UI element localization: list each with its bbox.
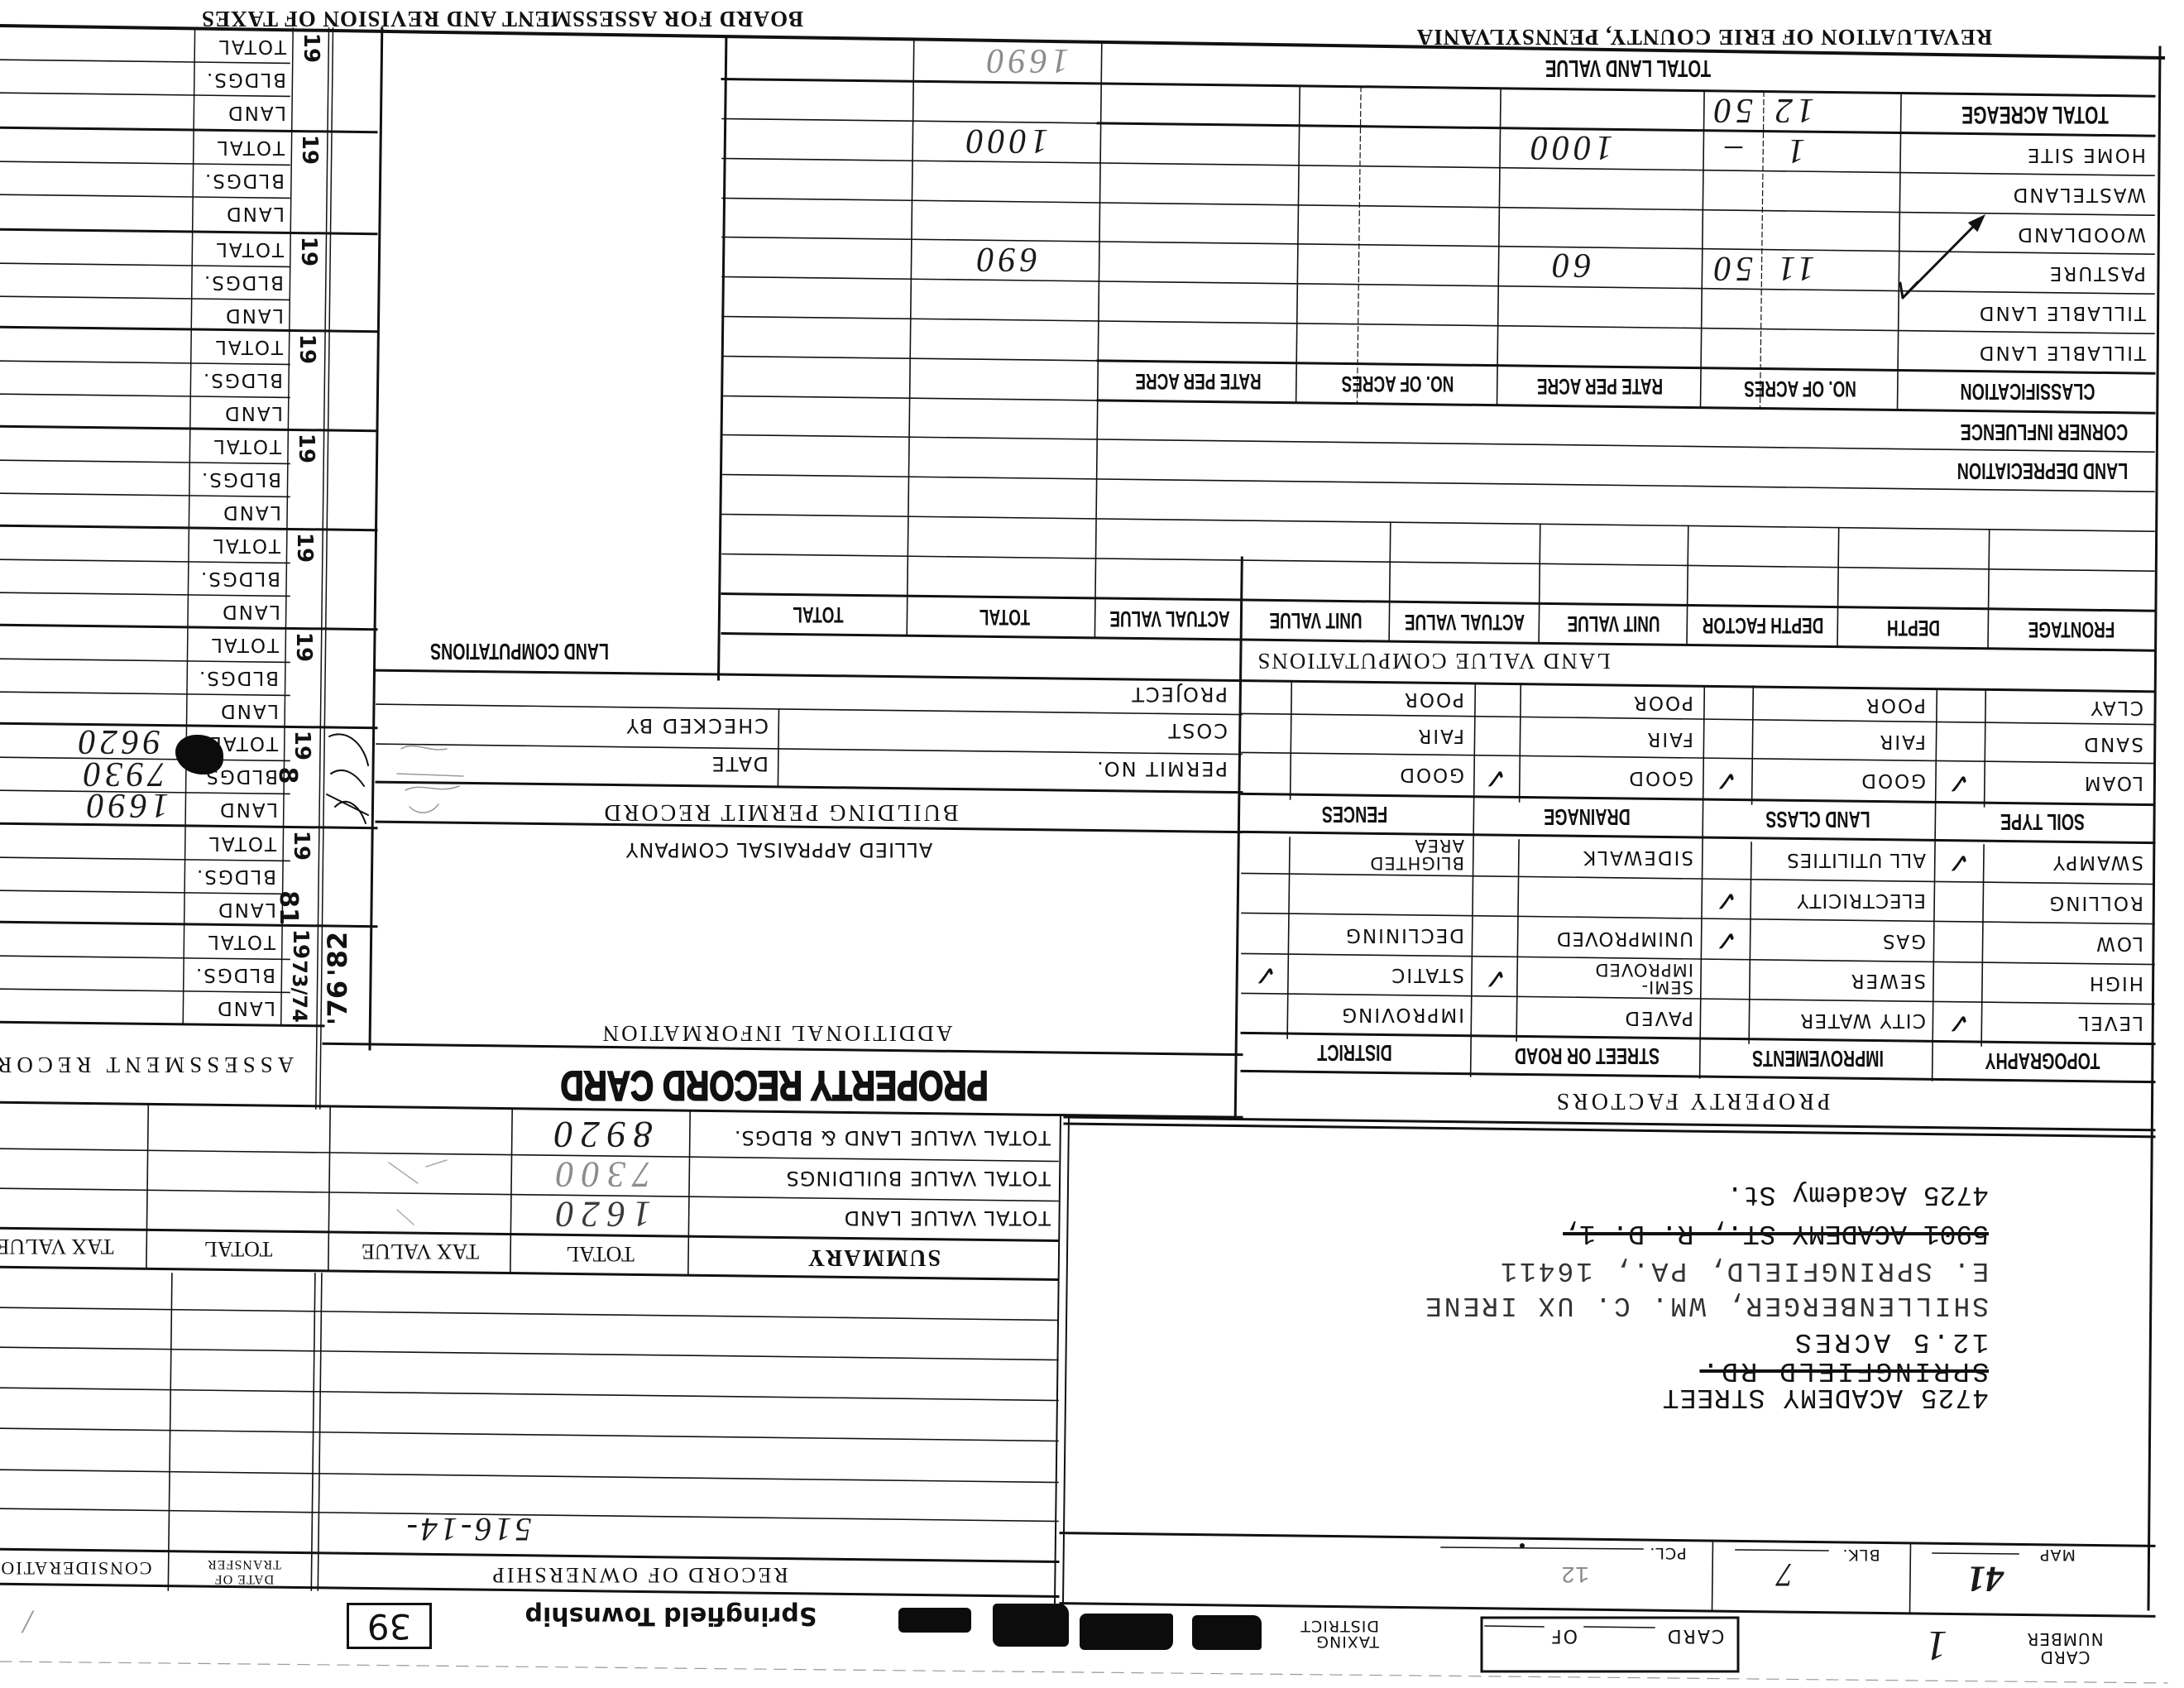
soil-sand: SAND bbox=[1986, 725, 2148, 762]
rate-per-acre: 1000 bbox=[1501, 129, 1638, 165]
bldgs-value bbox=[54, 364, 186, 396]
improvements-city-water-check bbox=[1702, 1000, 1751, 1040]
land-class-fair-check bbox=[1702, 722, 1751, 760]
classification-label: WOODLAND bbox=[1903, 215, 2151, 253]
land-value bbox=[54, 894, 186, 925]
row-label-land: LAND bbox=[193, 397, 288, 429]
bldgs-value bbox=[54, 64, 186, 95]
district-improving-check bbox=[1242, 995, 1289, 1034]
header-acres-1: NO. OF ACRES bbox=[1731, 369, 1868, 409]
land-value: 1690 bbox=[60, 789, 192, 821]
improvements-gas-check: ✓ bbox=[1702, 920, 1751, 961]
additional-information-title: ADDITIONAL INFORMATION bbox=[601, 1021, 952, 1046]
summary-total-buildings: 7300 bbox=[517, 1155, 682, 1193]
total-value bbox=[54, 827, 186, 859]
fences-poor: POOR bbox=[1292, 683, 1469, 715]
year-prefix: 19 bbox=[290, 731, 314, 760]
land-value bbox=[54, 198, 186, 229]
district-static-check: ✓ bbox=[1242, 955, 1289, 995]
street-sidewalk-check bbox=[1473, 837, 1518, 878]
row-label-bldgs: BLDGS. bbox=[191, 463, 286, 495]
summary-col-tax-value: TAX VALUE bbox=[0, 1228, 147, 1264]
summary-total-land-bldgs: 8920 bbox=[517, 1115, 682, 1153]
year-prefix: 19 bbox=[294, 434, 318, 463]
pcl-dot bbox=[1520, 1543, 1525, 1548]
acres-fraction: 50 bbox=[1703, 250, 1760, 286]
total-value bbox=[54, 31, 186, 61]
header-classification: CLASSIFICATION bbox=[1939, 372, 2116, 411]
street-blank-check bbox=[1473, 878, 1518, 918]
district-code-box: 39 bbox=[347, 1603, 432, 1649]
blk-number: 7 bbox=[1766, 1558, 1803, 1591]
revaluation-title: REVALUATION OF ERIE COUNTY, PENNSYLVANIA bbox=[1390, 23, 2019, 51]
row-label-total: TOTAL bbox=[194, 132, 290, 163]
land-value bbox=[54, 695, 186, 727]
land-class-poor: POOR bbox=[1754, 688, 1931, 721]
row-label-bldgs: BLDGS. bbox=[193, 364, 288, 396]
acres-fraction: – bbox=[1703, 132, 1760, 168]
total-land-value-label: TOTAL LAND VALUE bbox=[1561, 48, 1695, 88]
bldgs-value: 7930 bbox=[56, 758, 189, 789]
district-blank bbox=[1292, 875, 1469, 914]
project-label: PROJECT bbox=[827, 680, 1233, 708]
street-semi-improved-check: ✓ bbox=[1473, 958, 1518, 998]
summary-row-label: TOTAL VALUE LAND & BLDGS. bbox=[693, 1119, 1056, 1157]
permit-no-label: PERMIT NO. bbox=[827, 755, 1233, 783]
improvements-electricity: ELECTRICITY bbox=[1754, 880, 1931, 920]
header-unit-value: UNIT VALUE bbox=[1562, 604, 1665, 644]
street-blank bbox=[1521, 878, 1698, 918]
district-declining-check bbox=[1242, 914, 1289, 955]
land-value bbox=[54, 300, 186, 331]
topography-low: LOW bbox=[1986, 923, 2148, 963]
drainage-poor-check bbox=[1473, 686, 1518, 718]
card-of-of-label: OF bbox=[1544, 1624, 1583, 1646]
classification-label: PASTURE bbox=[1903, 254, 2151, 292]
land-class-header: LAND CLASS bbox=[1736, 801, 1899, 837]
map-number: 41 bbox=[1954, 1562, 2017, 1595]
checked-by-label: CHECKED BY bbox=[381, 712, 773, 740]
district-blighted-area-check bbox=[1242, 833, 1289, 875]
fences-good: GOOD bbox=[1292, 755, 1469, 794]
street-unimproved: UNIMPROVED bbox=[1521, 918, 1698, 958]
year-prefix: 19 bbox=[289, 831, 314, 861]
land-class-good-check: ✓ bbox=[1702, 761, 1751, 799]
row-label-land: LAND bbox=[185, 992, 280, 1024]
pcl-number: 12 bbox=[1554, 1559, 1597, 1585]
map-label: MAP bbox=[2028, 1546, 2086, 1564]
redacted-district-name bbox=[898, 1608, 971, 1633]
date-label: DATE bbox=[381, 750, 773, 778]
cost-label: COST bbox=[827, 717, 1233, 745]
street-unimproved-check bbox=[1473, 918, 1518, 958]
summary-col-tax-value: TAX VALUE bbox=[329, 1233, 511, 1269]
improvements-gas: GAS bbox=[1754, 920, 1931, 961]
land-value bbox=[54, 397, 186, 429]
bldgs-value bbox=[54, 266, 186, 298]
bldgs-value bbox=[54, 662, 186, 693]
land-computations-left-rule bbox=[370, 28, 382, 1049]
soil-sand-check bbox=[1934, 725, 1983, 762]
soil-type-header: SOIL TYPE bbox=[1966, 803, 2118, 840]
summary-col-total: TOTAL bbox=[511, 1235, 689, 1272]
improvements-all-utilities-check bbox=[1702, 839, 1751, 880]
row-label-total: TOTAL bbox=[193, 331, 288, 362]
total-value bbox=[54, 530, 186, 561]
year-prefix: 19 bbox=[299, 33, 323, 63]
land-value bbox=[54, 992, 186, 1024]
improvements-city-water: CITY WATER bbox=[1754, 1000, 1931, 1040]
row-label-total: TOTAL bbox=[196, 31, 291, 61]
year-stamp: 8 bbox=[274, 765, 300, 785]
year-prefix: 19 bbox=[296, 237, 321, 266]
year-stamp: 73/74 bbox=[287, 957, 312, 1026]
district-declining: DECLINING bbox=[1292, 914, 1469, 955]
street-or-road-header: STREET OR ROAD bbox=[1507, 1038, 1668, 1074]
land-value-computations-title: LAND VALUE COMPUTATIONS bbox=[1237, 648, 1630, 674]
acres-whole: 1 bbox=[1767, 132, 1822, 169]
building-permit-title: BUILDING PERMIT RECORD bbox=[598, 798, 962, 825]
drainage-good-check: ✓ bbox=[1473, 759, 1518, 797]
district-improving: IMPROVING bbox=[1292, 995, 1469, 1034]
drainage-fair-check bbox=[1473, 720, 1518, 757]
rate-per-acre: 60 bbox=[1501, 247, 1638, 282]
owner-name-line: SHILLENBERGER, WM. C. UX IRENE bbox=[1324, 1290, 1994, 1321]
improvements-sewer-check bbox=[1702, 961, 1751, 1000]
total-acreage-label: TOTAL ACREAGE bbox=[1966, 95, 2105, 133]
row-label-bldgs: BLDGS. bbox=[196, 64, 291, 95]
header-total: TOTAL bbox=[754, 595, 882, 635]
summary-total-land: 1620 bbox=[517, 1195, 682, 1233]
header-depth-factor: DEPTH FACTOR bbox=[1710, 606, 1815, 645]
improvements-sewer: SEWER bbox=[1754, 961, 1931, 1000]
card-number-label: CARD NUMBER bbox=[2012, 1628, 2118, 1668]
year-stamp: 81 bbox=[275, 889, 301, 927]
topography-rolling: ROLLING bbox=[1986, 883, 2148, 923]
header-acres-2: NO. OF ACRES bbox=[1328, 364, 1468, 404]
address-line: 4725 ACADEMY STREET bbox=[1324, 1383, 1994, 1412]
street-paved-check bbox=[1473, 998, 1518, 1038]
summary-row-label: TOTAL VALUE BUILDINGS bbox=[693, 1159, 1056, 1197]
bldgs-value bbox=[54, 463, 186, 495]
topography-rolling-check bbox=[1934, 883, 1983, 923]
property-factors-title: PROPERTY FACTORS bbox=[1555, 1086, 1828, 1115]
address-line: 12.5 ACRES bbox=[1324, 1326, 1994, 1358]
row-label-land: LAND bbox=[196, 97, 291, 128]
total-value bbox=[54, 926, 186, 957]
bottom-dotted-edge bbox=[0, 1662, 2167, 1683]
summary-pencil-marks bbox=[389, 1160, 447, 1225]
land-value bbox=[54, 97, 186, 128]
row-label-total: TOTAL bbox=[189, 629, 284, 660]
header-frontage: FRONTAGE bbox=[2014, 610, 2129, 650]
year-note-stamp: '76 bbox=[323, 983, 352, 1023]
land-class-good: GOOD bbox=[1754, 761, 1931, 799]
row-label-bldgs: BLDGS. bbox=[194, 266, 289, 298]
row-label-total: TOTAL bbox=[191, 430, 286, 462]
soil-loam: LOAM bbox=[1986, 764, 2148, 802]
row-label-land: LAND bbox=[194, 198, 290, 229]
summary-col-total: TOTAL bbox=[147, 1230, 329, 1267]
redacted-district-name bbox=[1192, 1615, 1262, 1650]
year-prefix: 19 bbox=[297, 135, 322, 165]
computed-value: 1000 bbox=[943, 122, 1067, 160]
card-title: PROPERTY RECORD CARD bbox=[605, 1066, 944, 1105]
total-land-value: 1690 bbox=[968, 41, 1084, 79]
header-rate-1: RATE PER ACRE bbox=[1530, 367, 1671, 406]
taxing-district-name: Springfield Township bbox=[500, 1600, 841, 1630]
street-semi-improved: SEMI- IMPROVED bbox=[1521, 958, 1698, 998]
row-label-bldgs: BLDGS. bbox=[186, 861, 281, 892]
improvements-header: IMPROVEMENTS bbox=[1736, 1040, 1899, 1077]
row-label-land: LAND bbox=[194, 300, 289, 331]
row-label-land: LAND bbox=[189, 695, 284, 727]
board-title: BOARD FOR ASSESSMENT AND REVISION OF TAX… bbox=[171, 5, 833, 33]
card-number-value: 1 bbox=[1911, 1622, 1962, 1668]
assessment-note-scribble bbox=[327, 734, 368, 823]
improvements-all-utilities: ALL UTILITIES bbox=[1754, 839, 1931, 880]
topography-high-check bbox=[1934, 963, 1983, 1003]
bldgs-value bbox=[54, 861, 186, 892]
header-actual-value: ACTUAL VALUE bbox=[1119, 599, 1220, 639]
topography-swampy: SWAMPY bbox=[1986, 842, 2148, 883]
card-of-card-label: CARD bbox=[1655, 1624, 1736, 1646]
land-value bbox=[54, 496, 186, 528]
improvements-electricity-check: ✓ bbox=[1702, 880, 1751, 920]
header-actual-value: ACTUAL VALUE bbox=[1412, 602, 1517, 642]
street-paved: PAVED bbox=[1521, 998, 1698, 1038]
fences-fair-check bbox=[1242, 717, 1289, 754]
fences-fair: FAIR bbox=[1292, 717, 1469, 754]
total-value: 9620 bbox=[51, 726, 184, 757]
address-line: 4725 Academy St. bbox=[1324, 1180, 1994, 1210]
computed-value: 690 bbox=[943, 240, 1067, 278]
row-label-total: TOTAL bbox=[194, 233, 289, 265]
topography-swampy-check: ✓ bbox=[1934, 842, 1983, 883]
total-value bbox=[54, 629, 186, 660]
drainage-header: DRAINAGE bbox=[1507, 798, 1668, 835]
topography-level: LEVEL bbox=[1986, 1003, 2148, 1043]
topography-high: HIGH bbox=[1986, 963, 2148, 1003]
year-prefix: 19 bbox=[295, 334, 319, 364]
drainage-fair: FAIR bbox=[1521, 720, 1698, 757]
address-left-double-rule bbox=[1055, 1115, 1069, 1609]
classification-label: HOME SITE bbox=[1903, 136, 2151, 174]
row-label-land: LAND bbox=[186, 894, 281, 925]
soil-clay-check bbox=[1934, 691, 1983, 723]
row-label-land: LAND bbox=[190, 596, 285, 627]
land-table-left-border bbox=[719, 36, 726, 679]
corner-pencil-mark: / bbox=[12, 1604, 44, 1640]
row-label-total: TOTAL bbox=[186, 827, 281, 859]
row-label-bldgs: BLDGS. bbox=[189, 662, 284, 693]
topography-level-check: ✓ bbox=[1934, 1003, 1983, 1043]
bldgs-value bbox=[54, 563, 186, 594]
ownership-entry: 516-14- bbox=[372, 1512, 563, 1547]
row-label-total: TOTAL bbox=[185, 926, 280, 957]
appraiser-name: ALLIED APPRAISAL COMPANY bbox=[598, 838, 960, 861]
header-unit-value: UNIT VALUE bbox=[1264, 601, 1367, 640]
total-value bbox=[54, 331, 186, 362]
total-acreage-fraction: 50 bbox=[1704, 92, 1759, 128]
drainage-poor: POOR bbox=[1521, 686, 1698, 718]
street-sidewalk: SIDEWALK bbox=[1521, 837, 1698, 878]
row-label-bldgs: BLDGS. bbox=[194, 165, 290, 196]
address-line: E. SPRINGFIELD, PA., 16411 bbox=[1324, 1254, 1994, 1288]
land-value bbox=[54, 596, 186, 627]
bldgs-value bbox=[54, 959, 186, 990]
blk-label: BLK. bbox=[1830, 1546, 1892, 1564]
district-blank-check bbox=[1242, 875, 1289, 914]
taxing-district-label: TAXING DISTRICT bbox=[1274, 1614, 1382, 1653]
land-computations-title: LAND COMPUTATIONS bbox=[443, 639, 595, 664]
soil-clay: CLAY bbox=[1986, 691, 2148, 723]
header-rate-2: RATE PER ACRE bbox=[1130, 362, 1267, 401]
assessment-record-title: ASSESSMENT RECORD bbox=[0, 1051, 281, 1079]
address-line-struck: SPRINGFIELD RD. bbox=[1324, 1359, 1994, 1383]
year-note-stamp: '82 bbox=[323, 931, 352, 977]
land-class-fair: FAIR bbox=[1754, 722, 1931, 760]
total-value bbox=[54, 430, 186, 462]
topography-header: TOPOGRAPHY bbox=[1966, 1043, 2118, 1079]
date-of-transfer-header: DATE OF TRANSFER bbox=[174, 1555, 314, 1588]
summary-title: SUMMARY bbox=[689, 1239, 1058, 1275]
land-depreciation-label: LAND DEPRECIATION bbox=[1966, 452, 2119, 490]
year-prefix: 19 bbox=[291, 632, 316, 662]
row-label-land: LAND bbox=[191, 496, 286, 528]
corner-influence-label: CORNER INFLUENCE bbox=[1968, 413, 2119, 451]
fences-good-check bbox=[1242, 755, 1289, 794]
address-line-struck: 5901 ACADEMY ST., R. D. 1, bbox=[1324, 1218, 1994, 1249]
row-label-bldgs: BLDGS. bbox=[190, 563, 285, 594]
classification-label: TILLABLE LAND bbox=[1903, 294, 2151, 332]
fences-poor-check bbox=[1242, 683, 1289, 715]
redacted-district-name bbox=[993, 1604, 1069, 1647]
classification-label: WASTELAND bbox=[1903, 175, 2151, 213]
district-static: STATIC bbox=[1292, 955, 1469, 995]
year-prefix: 19 bbox=[292, 533, 317, 563]
parcel-fill-in-lines bbox=[1441, 1547, 2019, 1628]
classification-label: TILLABLE LAND bbox=[1903, 333, 2151, 372]
total-value bbox=[54, 132, 186, 163]
drainage-good: GOOD bbox=[1521, 759, 1698, 797]
land-table-column-rules bbox=[907, 39, 1990, 649]
redacted-district-name bbox=[1080, 1614, 1173, 1650]
row-label-total: TOTAL bbox=[190, 530, 285, 561]
consideration-header: CONSIDERATION bbox=[0, 1553, 170, 1583]
pcl-label: PCL. bbox=[1643, 1544, 1693, 1562]
district-header: DISTRICT bbox=[1272, 1034, 1438, 1071]
year-prefix: 19 bbox=[288, 929, 313, 959]
header-total: TOTAL bbox=[940, 597, 1070, 637]
header-depth: DEPTH bbox=[1861, 608, 1966, 648]
total-acreage-whole: 12 bbox=[1765, 92, 1820, 128]
ownership-title: RECORD OF OWNERSHIP bbox=[472, 1559, 807, 1590]
district-blighted-area: BLIGHTED AREA bbox=[1292, 833, 1469, 875]
soil-loam-check: ✓ bbox=[1934, 764, 1983, 802]
fences-header: FENCES bbox=[1272, 796, 1438, 832]
topography-low-check bbox=[1934, 923, 1983, 963]
summary-row-label: TOTAL VALUE LAND bbox=[693, 1199, 1056, 1237]
row-label-land: LAND bbox=[188, 794, 283, 825]
total-value bbox=[54, 233, 186, 265]
bldgs-value bbox=[54, 165, 186, 196]
land-class-poor-check bbox=[1702, 688, 1751, 721]
acres-whole: 11 bbox=[1767, 251, 1822, 285]
row-label-bldgs: BLDGS. bbox=[185, 959, 280, 990]
property-record-card-scan: BOARD FOR ASSESSMENT AND REVISION OF TAX… bbox=[0, 0, 2184, 1688]
